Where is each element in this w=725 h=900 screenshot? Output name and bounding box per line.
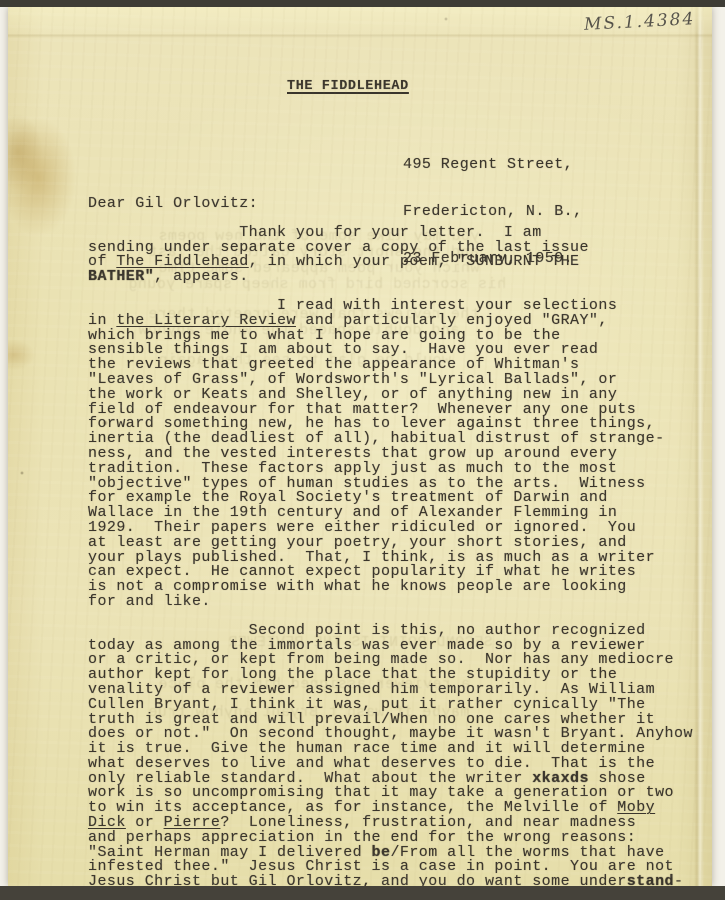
archival-number-handwritten: MS.1.4384: [584, 9, 696, 35]
letter-body: Dear Gil Orlovitz: Thank you for your le…: [88, 197, 725, 900]
address-street: 495 Regent Street,: [403, 157, 583, 173]
letter-paper: you may like some of the new poemsand th…: [8, 7, 712, 886]
scanned-letter-page: you may like some of the new poemsand th…: [0, 0, 725, 900]
scan-edge-top: [0, 0, 725, 7]
paragraph: I read with interest your selectionsin t…: [88, 299, 725, 610]
letterhead-title: THE FIDDLEHEAD: [287, 79, 409, 94]
salutation: Dear Gil Orlovitz:: [88, 197, 725, 212]
scan-edge-bottom: [0, 886, 725, 900]
letter-line: BATHER", appears.: [88, 270, 725, 285]
paragraph: Thank you for your letter. I amsending u…: [88, 226, 725, 285]
paragraph: Second point is this, no author recogniz…: [88, 624, 725, 890]
letter-line: for and like.: [88, 595, 725, 610]
